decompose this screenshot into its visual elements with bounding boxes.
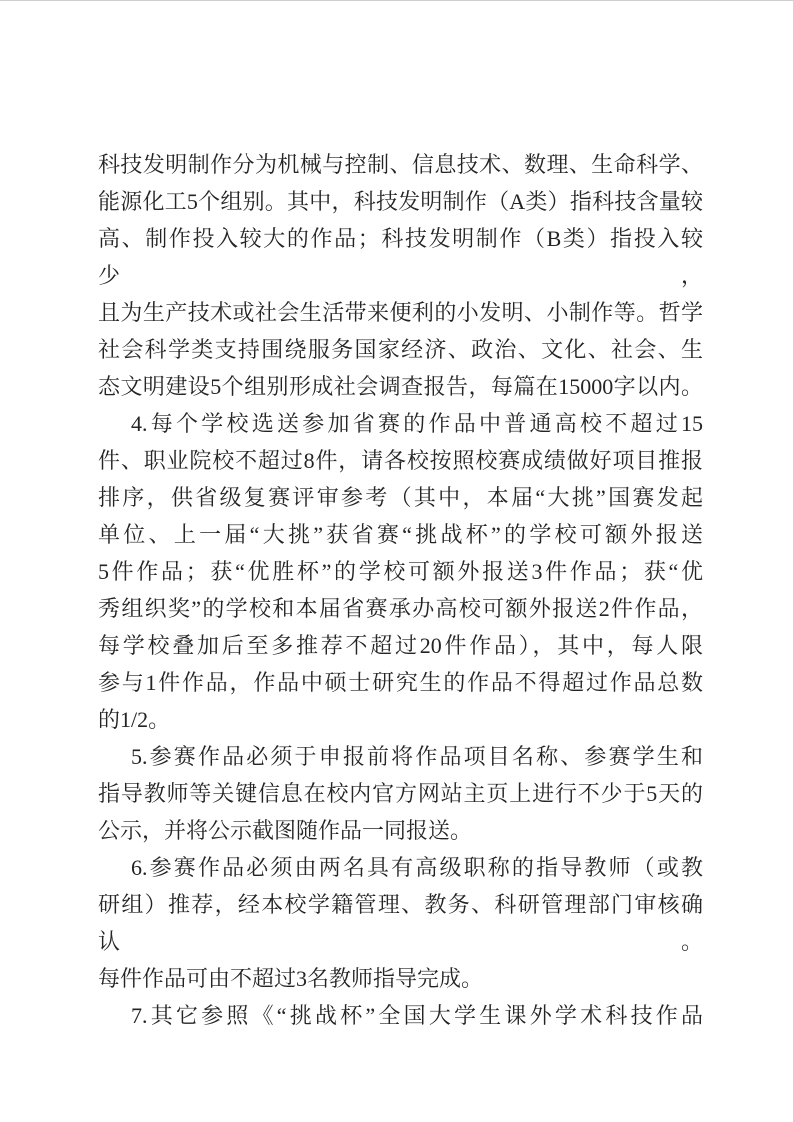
text-line: 科技发明制作分为机械与控制、信息技术、数理、生命科学、 bbox=[98, 146, 703, 183]
text-line-item-5-start: 5.参赛作品必须于申报前将作品项目名称、参赛学生和 bbox=[98, 738, 703, 775]
text-line: 排序，供省级复赛评审参考（其中，本届“大挑”国赛发起 bbox=[98, 479, 703, 516]
text-line: 单位、上一届“大挑”获省赛“挑战杯”的学校可额外报送 bbox=[98, 516, 703, 553]
text-line: 研组）推荐，经本校学籍管理、教务、科研管理部门审核确认。 bbox=[98, 886, 703, 960]
text-line: 件、职业院校不超过8件，请各校按照校赛成绩做好项目推报 bbox=[98, 442, 703, 479]
text-line-item-4-start: 4.每个学校选送参加省赛的作品中普通高校不超过15 bbox=[98, 405, 703, 442]
text-line-item-7-start: 7.其它参照《“挑战杯”全国大学生课外学术科技作品 bbox=[98, 997, 703, 1034]
text-line: 能源化工5个组别。其中，科技发明制作（A类）指科技含量较 bbox=[98, 183, 703, 220]
text-line-paragraph-end: 公示，并将公示截图随作品一同报送。 bbox=[98, 812, 703, 849]
text-line: 每学校叠加后至多推荐不超过20件作品），其中，每人限 bbox=[98, 627, 703, 664]
notice-body-text: 科技发明制作分为机械与控制、信息技术、数理、生命科学、 能源化工5个组别。其中，… bbox=[98, 146, 703, 1034]
text-line: 指导教师等关键信息在校内官方网站主页上进行不少于5天的 bbox=[98, 775, 703, 812]
document-page: 科技发明制作分为机械与控制、信息技术、数理、生命科学、 能源化工5个组别。其中，… bbox=[0, 0, 793, 1122]
text-line-paragraph-end: 的1/2。 bbox=[98, 701, 703, 738]
text-line: 态文明建设5个组别形成社会调查报告，每篇在15000字以内。 bbox=[98, 368, 703, 405]
text-line: 高、制作投入较大的作品；科技发明制作（B类）指投入较少， bbox=[98, 220, 703, 294]
text-line: 且为生产技术或社会生活带来便利的小发明、小制作等。哲学 bbox=[98, 294, 703, 331]
text-line: 5件作品；获“优胜杯”的学校可额外报送3件作品；获“优 bbox=[98, 553, 703, 590]
text-line: 参与1件作品，作品中硕士研究生的作品不得超过作品总数 bbox=[98, 664, 703, 701]
text-line: 社会科学类支持围绕服务国家经济、政治、文化、社会、生 bbox=[98, 331, 703, 368]
text-line-item-6-start: 6.参赛作品必须由两名具有高级职称的指导教师（或教 bbox=[98, 849, 703, 886]
text-line: 秀组织奖”的学校和本届省赛承办高校可额外报送2件作品， bbox=[98, 590, 703, 627]
text-line-paragraph-end: 每件作品可由不超过3名教师指导完成。 bbox=[98, 960, 703, 997]
